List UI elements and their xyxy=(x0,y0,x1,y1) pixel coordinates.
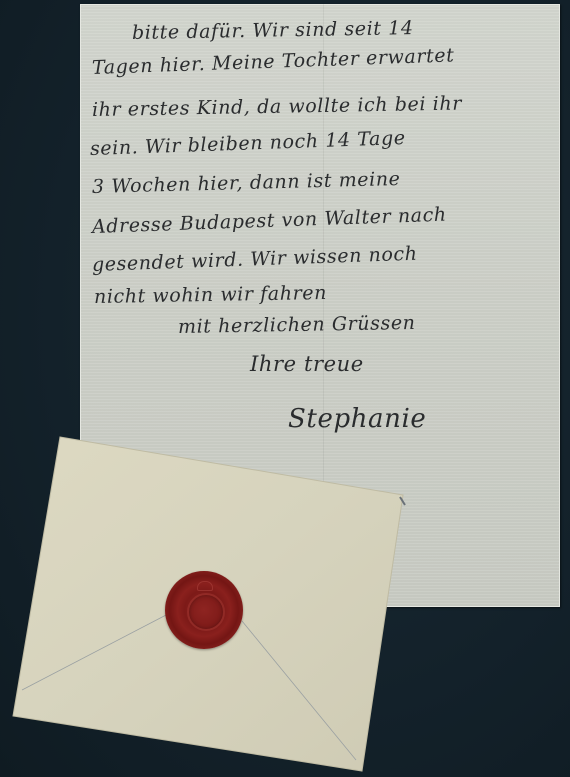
letter-signature: Stephanie xyxy=(288,404,426,434)
letter-line-4: sein. Wir bleiben noch 14 Tage xyxy=(90,127,406,160)
seal-crown-icon xyxy=(197,581,213,591)
handwritten-letter: bitte dafür. Wir sind seit 14 Tagen hier… xyxy=(80,4,560,607)
letter-line-7: gesendet wird. Wir wissen noch xyxy=(92,243,418,276)
letter-closing: mit herzlichen Grüssen xyxy=(178,312,416,338)
letter-line-6: Adresse Budapest von Walter nach xyxy=(92,204,447,238)
wax-seal xyxy=(165,571,243,649)
letter-closing-2: Ihre treue xyxy=(250,352,364,376)
letter-line-1: bitte dafür. Wir sind seit 14 xyxy=(132,17,414,44)
letter-line-8: nicht wohin wir fahren xyxy=(94,282,327,308)
letter-line-2: Tagen hier. Meine Tochter erwartet xyxy=(92,44,455,79)
letter-line-3: ihr erstes Kind, da wollte ich bei ihr xyxy=(92,93,462,121)
seal-crest-icon xyxy=(187,593,225,631)
letter-line-5: 3 Wochen hier, dann ist meine xyxy=(92,168,401,198)
